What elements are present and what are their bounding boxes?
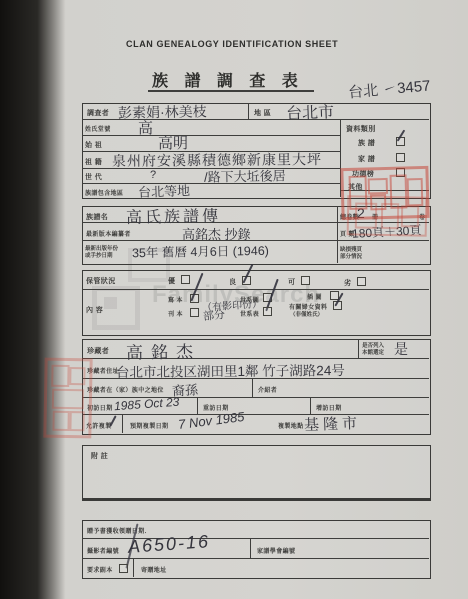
red-seal-stamp-left <box>43 358 92 439</box>
condition-poor-checkbox <box>357 277 366 286</box>
col-line <box>252 378 253 397</box>
title-underline <box>148 90 314 92</box>
seal-glyph <box>401 205 419 227</box>
content-printed-checkbox <box>190 308 199 317</box>
content-printed-label: 刊 本 <box>168 309 183 318</box>
copy-request-checkbox <box>119 564 128 573</box>
photographer-number-label: 攝影者編號 <box>87 546 119 555</box>
compiler-label: 最新版本編纂者 <box>86 229 131 238</box>
content-printed-note: 部分 <box>202 306 226 324</box>
seal-glyph <box>69 367 85 385</box>
edition-date-value: 35年 舊曆 4月6日 (1946) <box>132 241 269 261</box>
edition-date-label-line2: 或手抄日期 <box>85 251 113 259</box>
mail-address-label: 寄贈地址 <box>141 565 167 574</box>
content-manuscript-label: 寫 本 <box>168 295 183 304</box>
surveyor-label: 調查者 <box>87 108 109 118</box>
content-lineage-table-checkbox <box>263 307 272 316</box>
ancestral-home-label: 祖 籍 <box>85 157 102 167</box>
form-title-chinese: 族 譜 調 查 表 <box>152 68 304 91</box>
content-women-sub-label: （非僅姓氏） <box>290 310 323 318</box>
owner-position-label: 珍藏者在（家）族中之地位 <box>87 385 164 394</box>
form-title-english: CLAN GENEALOGY IDENTIFICATION SHEET <box>126 39 338 49</box>
compiler-value: 高銘杰 抄錄 <box>182 224 251 243</box>
col-line <box>133 558 134 577</box>
condition-fair-label: 可 <box>288 277 295 287</box>
generations-label: 世 代 <box>85 172 102 182</box>
condition-label: 保管狀況 <box>86 276 116 286</box>
surveyor-value: 彭素娟·林美枝 <box>118 101 207 123</box>
seal-glyph <box>355 202 377 228</box>
red-seal-stamp-right-lower <box>347 195 428 236</box>
category-family-label: 家 譜 <box>358 154 375 164</box>
col-line <box>358 339 359 358</box>
owner-address-value: 台北市北投区湖田里1鄰 竹子湖路24号 <box>116 359 345 381</box>
scanned-genealogy-form: FamilySearch CLAN GENEALOGY IDENTIFICATI… <box>0 0 468 599</box>
condition-excellent-checkbox <box>181 275 190 284</box>
col-line <box>248 103 249 119</box>
surname-hall-label: 姓氏堂號 <box>85 124 111 133</box>
society-number-label: 家譜學會編號 <box>257 546 295 555</box>
library-selected-value: 是 <box>394 339 408 359</box>
gift-date-label: 贈予書獲收領贈日期． <box>87 526 151 535</box>
surname-hall-value: 高 <box>138 117 153 138</box>
seal-glyph <box>51 365 69 387</box>
seal-glyph <box>381 203 399 229</box>
condition-poor-label: 劣 <box>344 278 351 288</box>
generations-note: /路下大坵後居 <box>204 165 286 185</box>
row-line <box>82 414 429 415</box>
area-value: 台北市 <box>286 99 335 124</box>
seal-glyph <box>69 411 84 431</box>
col-line <box>250 538 251 558</box>
category-clan-label: 族 譜 <box>358 138 375 148</box>
copy-request-label: 要求副本 <box>87 565 113 574</box>
copy-place-label: 複製地點 <box>278 421 304 430</box>
content-illustration-label: 插 圖 <box>307 292 322 301</box>
notes-box <box>82 445 431 501</box>
condition-excellent-label: 優 <box>168 276 175 286</box>
col-line <box>197 397 198 414</box>
seal-glyph <box>52 411 69 431</box>
col-line <box>337 206 338 263</box>
additional-visit-label: 增訪日期 <box>316 403 342 412</box>
content-lineage-table-label: 世系表 <box>240 309 259 318</box>
copy-place-value: 基隆市 <box>304 412 362 435</box>
notes-label: 附 註 <box>91 451 108 461</box>
condition-fair-checkbox <box>301 276 310 285</box>
first-ancestor-label: 始 祖 <box>85 140 102 150</box>
seal-glyph <box>52 389 84 410</box>
library-selected-label-line2: 本館選定 <box>362 348 384 356</box>
category-label: 資料類別 <box>346 124 376 134</box>
col-line <box>310 397 311 414</box>
content-label: 內 容 <box>86 305 103 315</box>
row-line <box>82 289 429 290</box>
col-line <box>122 414 123 433</box>
category-family-checkbox <box>396 153 405 162</box>
damage-label-line2: 部分情況 <box>340 252 362 260</box>
coverage-label: 族譜包含地區 <box>85 188 123 197</box>
content-lineage-chart-label: 世系圖 <box>240 295 259 304</box>
area-label: 地 區 <box>254 108 271 118</box>
coverage-value: 台北等地 <box>138 180 191 201</box>
owner-name-label: 珍藏者 <box>87 346 109 356</box>
copy-date-label: 預期複製日期 <box>130 421 168 430</box>
genealogy-title-label: 族譜名 <box>86 212 108 222</box>
condition-good-label: 良 <box>229 277 236 287</box>
seal-glyph <box>368 178 388 195</box>
introducer-label: 介紹者 <box>258 385 277 394</box>
row-line <box>82 135 340 136</box>
generations-value: ? <box>150 169 156 181</box>
